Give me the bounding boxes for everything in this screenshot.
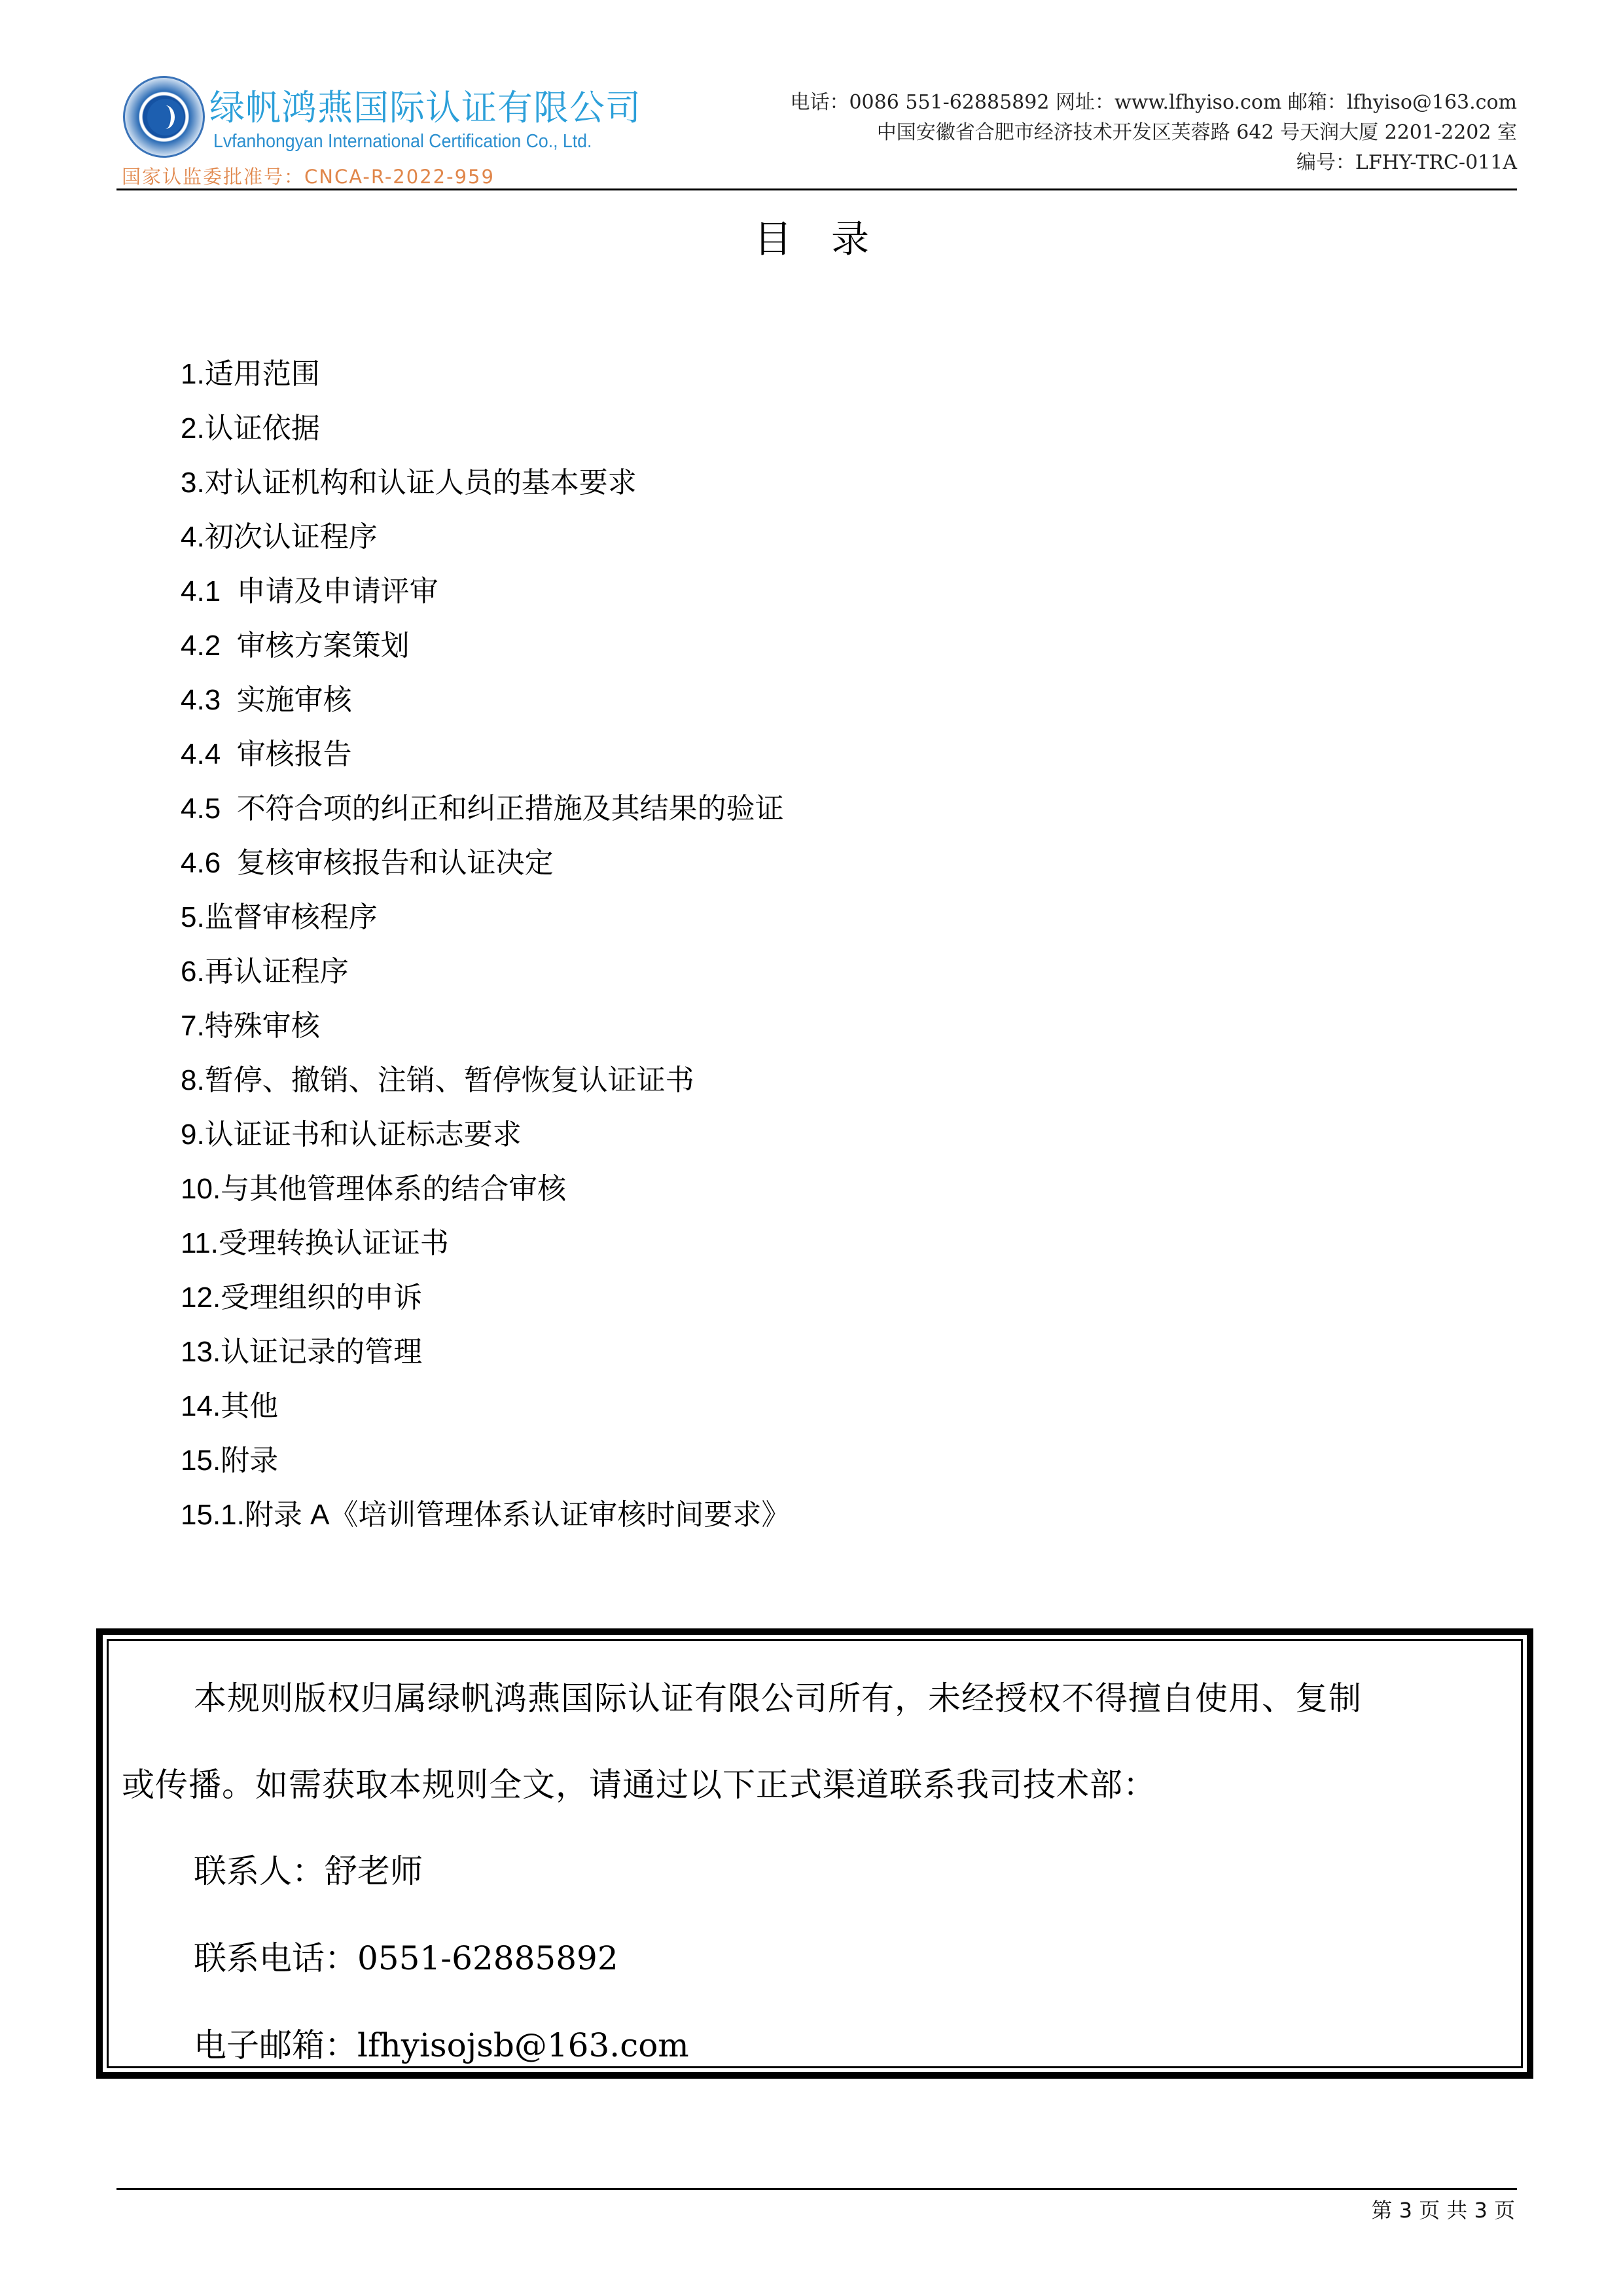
notice-inner-border: 本规则版权归属绿帆鸿燕国际认证有限公司所有，未经授权不得擅自使用、复制 或传播。… <box>107 1639 1523 2068</box>
table-of-contents: 1.适用范围 2.认证依据 3.对认证机构和认证人员的基本要求 4.初次认证程序… <box>181 347 790 1542</box>
toc-item: 4.6 复核审核报告和认证决定 <box>181 836 790 890</box>
toc-item: 4.5 不符合项的纠正和纠正措施及其结果的验证 <box>181 781 790 836</box>
header-divider <box>116 188 1517 190</box>
page-indicator: 第 3 页 共 3 页 <box>1371 2194 1515 2224</box>
toc-item: 4.初次认证程序 <box>181 510 790 564</box>
company-seal-icon <box>123 76 205 158</box>
toc-item: 2.认证依据 <box>181 401 790 456</box>
contact-phone: 联系电话：0551-62885892 <box>194 1932 618 1979</box>
toc-item: 8.暂停、撤销、注销、暂停恢复认证证书 <box>181 1053 790 1107</box>
toc-item: 12.受理组织的申诉 <box>181 1270 790 1325</box>
copyright-text-line1: 本规则版权归属绿帆鸿燕国际认证有限公司所有，未经授权不得擅自使用、复制 <box>194 1672 1362 1719</box>
toc-item: 15.附录 <box>181 1433 790 1488</box>
toc-item: 10.与其他管理体系的结合审核 <box>181 1162 790 1216</box>
page-header: 绿帆鸿燕国际认证有限公司 Lvfanhongyan International … <box>116 71 1517 190</box>
toc-item: 13.认证记录的管理 <box>181 1325 790 1379</box>
contact-email: 电子邮箱：lfhyisojsb@163.com <box>194 2019 689 2066</box>
contact-person: 联系人：舒老师 <box>194 1845 423 1892</box>
company-name-cn: 绿帆鸿燕国际认证有限公司 <box>209 80 641 130</box>
toc-item: 6.再认证程序 <box>181 944 790 999</box>
toc-item: 5.监督审核程序 <box>181 890 790 944</box>
toc-item: 9.认证证书和认证标志要求 <box>181 1107 790 1162</box>
toc-item: 4.2 审核方案策划 <box>181 619 790 673</box>
company-name-en: Lvfanhongyan International Certification… <box>213 131 592 152</box>
toc-item: 11.受理转换认证证书 <box>181 1216 790 1270</box>
toc-item: 7.特殊审核 <box>181 999 790 1053</box>
toc-item: 3.对认证机构和认证人员的基本要求 <box>181 456 790 510</box>
contact-line: 电话：0086 551-62885892 网址：www.lfhyiso.com … <box>790 88 1517 118</box>
toc-item: 1.适用范围 <box>181 347 790 401</box>
approval-number: 国家认监委批准号：CNCA-R-2022-959 <box>122 162 495 189</box>
toc-item: 14.其他 <box>181 1379 790 1433</box>
toc-item: 4.4 审核报告 <box>181 727 790 781</box>
toc-item: 15.1.附录 A《培训管理体系认证审核时间要求》 <box>181 1488 790 1542</box>
footer-divider <box>116 2188 1517 2190</box>
copyright-text-line2: 或传播。如需获取本规则全文，请通过以下正式渠道联系我司技术部： <box>122 1759 1156 1806</box>
seal-wave-icon <box>156 105 175 129</box>
toc-item: 4.3 实施审核 <box>181 673 790 727</box>
address-line: 中国安徽省合肥市经济技术开发区芙蓉路 642 号天润大厦 2201-2202 室 <box>790 118 1517 148</box>
contact-block: 电话：0086 551-62885892 网址：www.lfhyiso.com … <box>790 88 1517 178</box>
copyright-notice-box: 本规则版权归属绿帆鸿燕国际认证有限公司所有，未经授权不得擅自使用、复制 或传播。… <box>96 1628 1533 2079</box>
toc-item: 4.1 申请及申请评审 <box>181 564 790 619</box>
company-logo: 绿帆鸿燕国际认证有限公司 Lvfanhongyan International … <box>116 71 627 190</box>
page-title: 目录 <box>0 208 1623 263</box>
document-number: 编号：LFHY-TRC-011A <box>790 148 1517 178</box>
